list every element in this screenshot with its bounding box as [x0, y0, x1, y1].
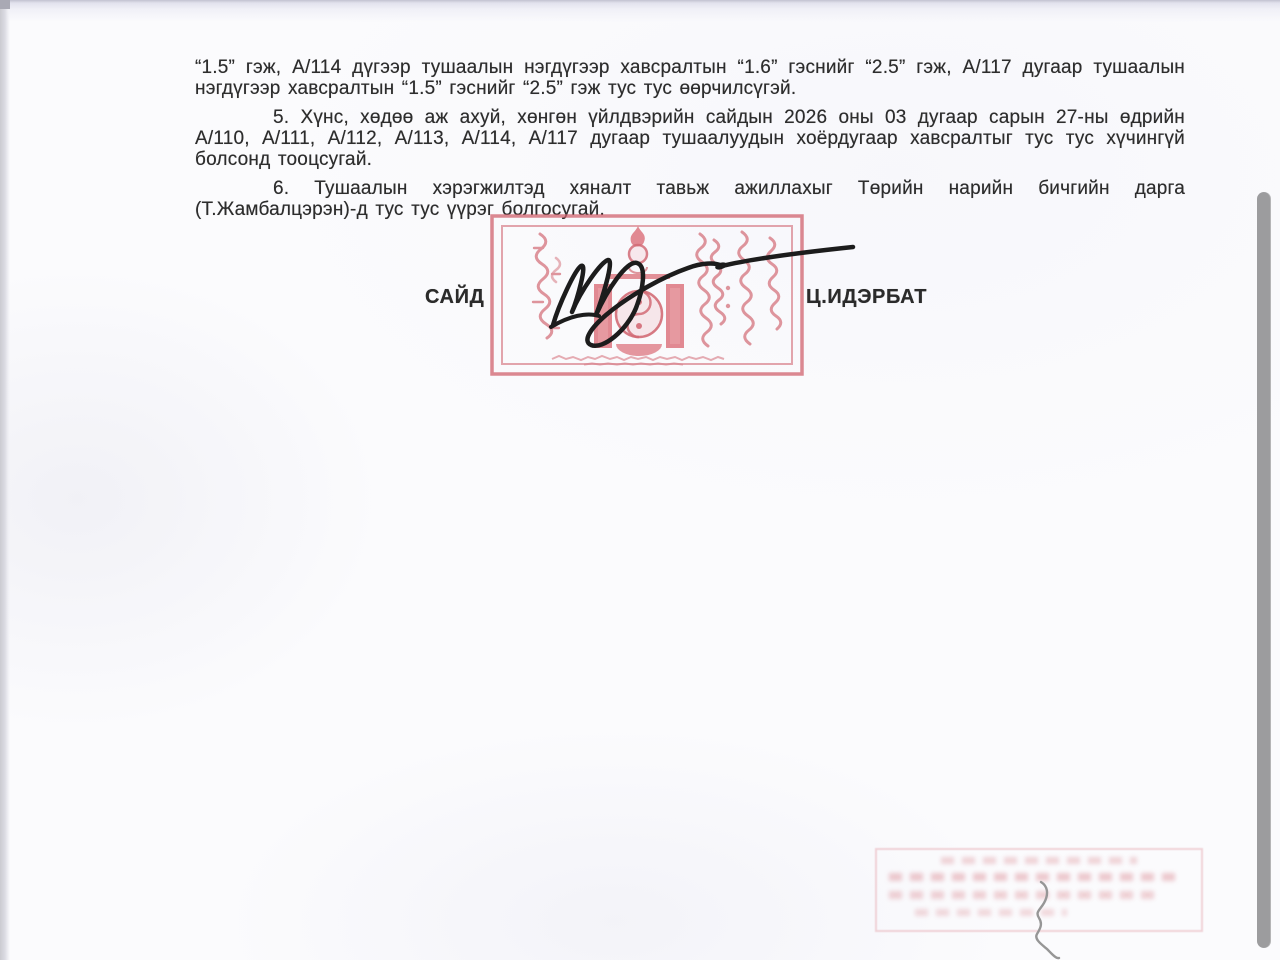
paragraph-amendment-continuation: “1.5” гэж, А/114 дүгээр тушаалын нэгдүгэ…: [195, 57, 1185, 99]
paragraph-clause-5: 5. Хүнс, хөдөө аж ахуй, хөнгөн үйлдвэрий…: [195, 107, 1185, 170]
scrollbar-thumb[interactable]: [1257, 192, 1271, 948]
scan-top-edge: [0, 0, 1280, 22]
minister-title-label: САЙД: [425, 286, 484, 309]
minister-signature-icon: [535, 232, 865, 362]
document-body-text: “1.5” гэж, А/114 дүгээр тушаалын нэгдүгэ…: [195, 57, 1185, 228]
scan-corner-shadow: [0, 0, 10, 9]
scan-left-edge: [0, 0, 10, 960]
bleedthrough-text-row: [941, 857, 1137, 864]
bleedthrough-text-row: [889, 891, 1161, 899]
scanned-document-page: “1.5” гэж, А/114 дүгээр тушаалын нэгдүгэ…: [0, 0, 1280, 960]
stray-pen-mark-icon: [1028, 878, 1072, 960]
